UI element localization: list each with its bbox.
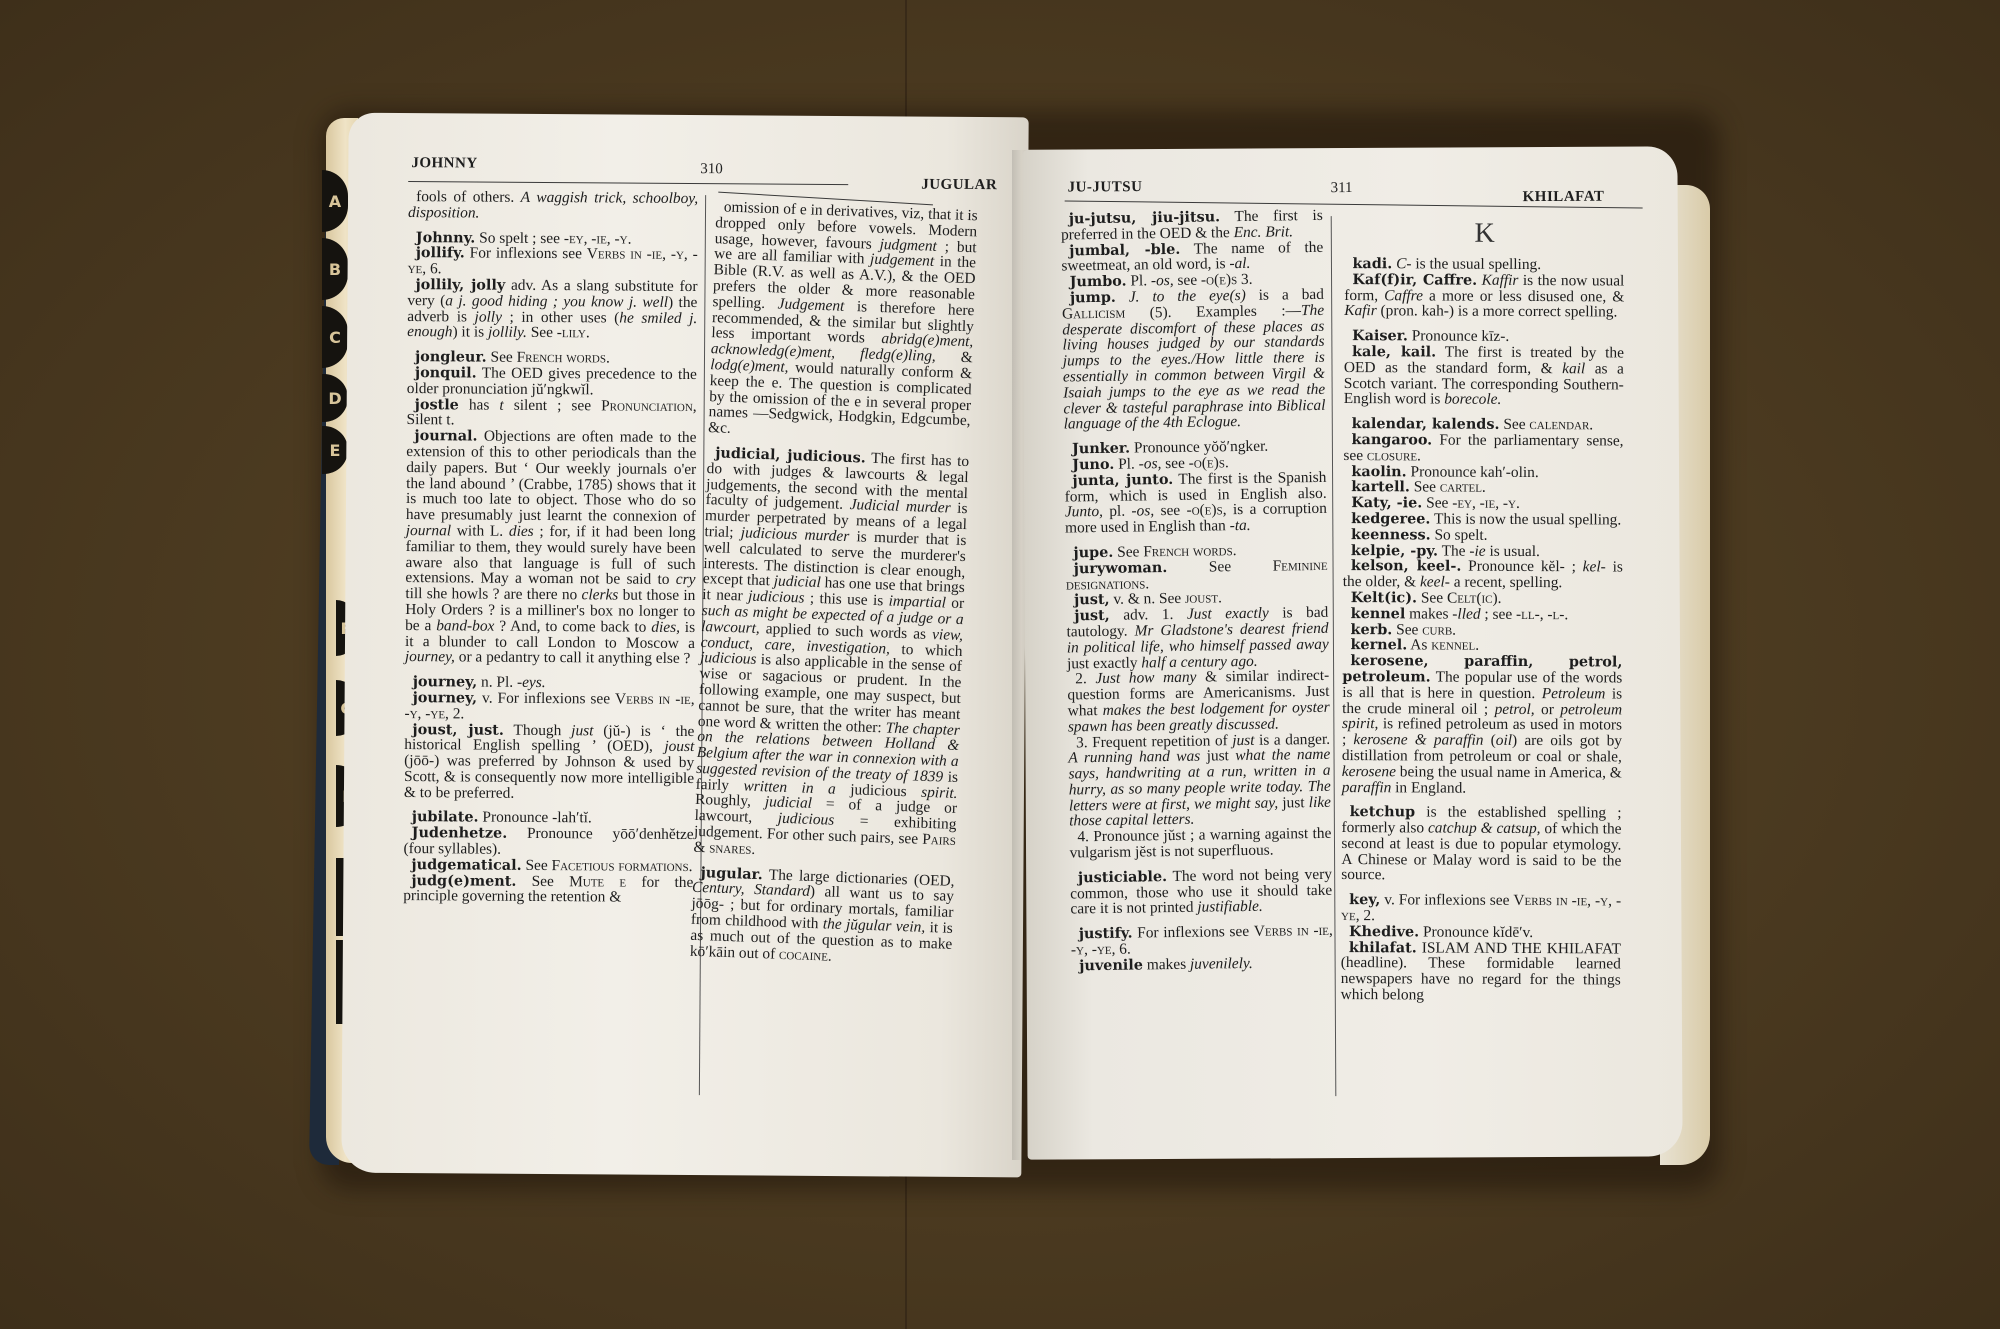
italic-text: petrol, [1495,700,1535,717]
italic-text: just [571,722,593,739]
headword: kale, kail. [1352,343,1436,360]
entry-text: Objections are often made to the extensi… [406,428,697,526]
dictionary-entry: key, v. For inflexions see Verbs in -ie,… [1341,892,1621,925]
headword: kaolin. [1351,463,1406,480]
left-page: JOHNNY 310 JUGULAR fools of others. A wa… [341,113,1028,1178]
dictionary-entry: journal. Objections are often made to th… [405,428,697,667]
italic-text: band-box [436,617,494,634]
entry-text: (pron. kah-) is a more correct spelling. [1377,303,1618,321]
headword: Khedive. [1349,923,1419,940]
dictionary-entry: 4. Pronounce jŭst ; a warning against th… [1069,826,1331,861]
entry-text: Silent t. [407,411,455,428]
thumb-tab-d[interactable]: D [322,374,348,422]
entry-text: see [1174,272,1202,289]
italic-text: -os, [1131,503,1154,520]
dictionary-entry: jonquil. The OED gives precedence to the… [407,365,697,399]
cross-reference: Mute e [569,873,626,890]
entry-text: ; see [1481,605,1517,622]
headword: kedgeree. [1351,510,1430,527]
entry-text: or a pedantry to call it anything else ? [455,649,691,668]
page-number-right: 311 [1331,180,1353,197]
cross-reference: cartel. [1440,479,1486,496]
header-rule [408,181,848,185]
dictionary-entry: jostle has t silent ; see Pronunciation,… [407,397,697,431]
italic-text: makes the best lodgement for oyster spaw… [1068,699,1330,735]
headword: journey, [413,689,478,706]
headword: jostle [415,396,459,413]
cross-reference: -ey, -ie, -y. [1452,495,1520,512]
dictionary-entry: junta, junto. The first is the Spanish f… [1064,470,1327,537]
headword: kelpie, -py. [1351,542,1438,559]
entry-text: Though [504,721,571,738]
dictionary-entry: jumbal, -ble. The name of the sweetmeat,… [1061,239,1323,274]
headword: ketchup [1350,803,1416,820]
entry-text: has [459,396,500,413]
italic-text: Caffre [1384,287,1423,304]
dictionary-entry: jollify. For inflexions see Verbs in -ie… [408,245,698,279]
headword: jollify. [416,245,465,262]
italic-text: jollily. [488,324,527,341]
thumb-tab-a[interactable]: A [322,170,348,232]
entry-text: makes [1405,605,1452,622]
italic-text: dies, [651,618,680,635]
italic-text: paraffin [1342,779,1392,796]
italic-text: clerks [582,586,619,603]
headword: khilafat. [1349,939,1417,956]
cross-reference: -ey, -ie, -y. [564,230,632,247]
entry-text: ( [1483,732,1495,749]
headword: kangaroo. [1351,431,1432,448]
dictionary-entry: Judenhetze. Pronounce yōō′denhĕtze (four… [404,825,694,859]
running-head-right: KHILAFAT [1523,189,1605,206]
entry-text: with L. [451,522,509,539]
entry-text: Pl. [1114,455,1139,472]
dictionary-entry: 2. Just how many & similar indirect-ques… [1067,668,1330,735]
headword: jubilate. [412,809,479,826]
entry-text: See [1422,495,1452,512]
italic-text: journal [406,522,451,539]
entry-text: see [1161,455,1189,472]
entry-text: See [527,324,557,341]
entry-text: 2. [1075,670,1095,687]
headword: kennel [1351,605,1406,622]
italic-text: borecole. [1444,391,1501,408]
italic-text: Petroleum [1542,685,1606,702]
italic-text: keel- [1420,574,1450,591]
cross-reference: Celt(ic). [1447,590,1502,607]
headword: juvenile [1079,956,1143,974]
thumb-tab-c[interactable]: C [322,306,348,368]
dictionary-entry: jugular. The large dictionaries (OED, Ce… [690,864,955,968]
entry-text: For inflexions see [1132,923,1253,942]
right-page: JU-JUTSU 311 KHILAFAT ju-jutsu, jiu-jits… [1022,146,1682,1159]
dictionary-entry: jump. J. to the eye(s) is a bad Gallicis… [1062,287,1326,433]
entry-text: is usual. [1486,542,1540,559]
italic-text: -al. [1229,255,1250,272]
entry-text: See [516,873,569,890]
italic-text: kerosene [1342,763,1396,780]
running-head-right: JUGULAR [921,177,997,195]
right-page-column-2: K kadi. C- is the usual spelling.Kaf(f)i… [1341,216,1625,1004]
section-letter: K [1345,216,1625,251]
left-page-column-2: omission of e in derivatives, viz, that … [690,199,978,968]
dictionary-entry: omission of e in derivatives, viz, that … [708,199,978,445]
right-page-column-1: ju-jutsu, jiu-jitsu. The first is prefer… [1061,208,1334,974]
headword: journal. [414,427,477,444]
entry-text: v. For inflexions see [1380,892,1513,910]
dictionary-entry: Kaf(f)ir, Caffre. Kaffir is the now usua… [1344,272,1624,321]
italic-text: dies [509,523,534,540]
cross-reference: -ll-, -l-. [1516,606,1568,623]
headword: jongleur. [415,348,487,366]
running-head-left: JOHNNY [411,155,477,172]
dictionary-entry: jollily, jolly adv. As a slang substitut… [407,277,697,342]
italic-text: -lled [1452,605,1480,622]
dictionary-entry: kerosene, paraffin, petrol, petroleum. T… [1342,653,1623,797]
italic-text: cry [676,571,696,588]
entry-text: 4. Pronounce jŭst ; a warning against th… [1070,825,1332,861]
dictionary-entry: journey, v. For inflexions see Verbs in … [404,690,694,724]
dictionary-entry: 3. Frequent repetition of just is a dang… [1068,731,1331,829]
entry-text: See [1113,543,1143,560]
italic-text: C- [1396,255,1411,272]
dictionary-entry: joust, just. Though just (jŭ-) is ‘ the … [404,722,695,803]
headword: Katy, -ie. [1351,494,1422,511]
headword: journey, [413,673,478,690]
entry-text: n. Pl. [477,674,517,691]
italic-text: just [1232,731,1254,748]
dictionary-entry: just, adv. 1. Just exactly is bad tautol… [1066,605,1329,672]
dictionary-entry: kangaroo. For the parliamentary sense, s… [1343,432,1623,465]
cross-reference: cocaine. [779,946,832,965]
dictionary-entry: judicial, judicious. The first has to do… [693,445,969,865]
entry-text: see [1154,502,1187,519]
dictionary-entry: jurywoman. See Feminine designations. [1066,558,1328,593]
dictionary-entry: khilafat. ISLAM AND THE KHILAFAT (headli… [1341,940,1621,1005]
entry-text: The [1438,542,1469,559]
entry-text: See [487,349,517,366]
cross-reference: calendar. [1529,416,1593,433]
dictionary-entry: juvenile makes juvenilely. [1071,955,1333,974]
entry-text: silent ; see [504,396,602,414]
headword: kadi. [1352,255,1392,272]
cross-reference: closure. [1367,447,1421,464]
entry-text: See [1499,416,1529,433]
headword: jonquil. [415,364,477,381]
dictionary-entry: ketchup is the established spelling ; fo… [1341,804,1621,884]
thumb-tab-e[interactable]: E [322,426,348,474]
entry-text: See [1392,621,1422,638]
cross-reference: Pronunciation, [601,397,697,415]
thumb-tab-b[interactable]: B [322,238,348,300]
headword: kartell. [1351,478,1410,495]
headword: keenness. [1351,526,1431,543]
italic-text: Kafir [1344,302,1377,319]
italic-text: Kaffir [1482,272,1519,289]
dictionary-entry: kelson, keel-. Pronounce kĕl- ; kel- is … [1343,558,1623,591]
cross-reference: kennel. [1431,637,1479,654]
entry-text: or [1535,701,1561,718]
entry-text: v. For inflexions see [477,689,615,707]
italic-text: joust [664,738,694,755]
cross-reference: -lily. [557,324,590,341]
headword: kerb. [1351,621,1393,638]
entry-text: For inflexions see [465,245,587,263]
entry-text: So spelt. [1431,526,1488,543]
dictionary-entry: justiciable. The word not being very com… [1070,867,1333,918]
dictionary-entry: ju-jutsu, jiu-jitsu. The first is prefer… [1061,208,1323,243]
italic-text: -ta. [1230,517,1251,534]
entry-text: just [1278,794,1309,811]
italic-text: juvenilely. [1190,955,1253,973]
cross-reference: curb. [1422,621,1456,638]
italic-text: -os, [1151,272,1174,289]
headword: key, [1349,891,1380,908]
italic-text: kel- [1583,559,1606,576]
headword: kernel. [1350,636,1407,653]
entry-text: Pl. [1126,272,1151,289]
italic-text: -eys. [517,674,546,691]
italic-text: justifiable. [1197,898,1263,916]
italic-text: -ie [1469,542,1485,559]
entry-text: As [1407,637,1431,654]
entry-text: ) it is [452,324,488,341]
entry-text: (jōō-) was preferred by Johnson & used b… [404,752,694,801]
left-page-column-1: fools of others. A waggish trick, school… [403,189,698,906]
entry-text: pl. [1103,503,1132,520]
italic-text: jolly [475,308,502,325]
page-number-left: 310 [700,161,723,178]
entry-text: in England. [1391,779,1466,796]
dictionary-entry: fools of others. A waggish trick, school… [408,189,698,223]
dictionary-entry: kale, kail. The first is treated by the … [1344,344,1624,409]
entry-text: See [1417,589,1447,606]
dictionary-entry: judg(e)ment. See Mute e for the principl… [403,873,693,907]
italic-text: -os, [1139,455,1162,472]
headword: Kelt(ic). [1351,589,1417,606]
entry-text: See [522,857,552,874]
headword: Johnny. [416,229,476,246]
entry-text: See [1167,557,1273,575]
headword: Kaiser. [1352,327,1408,344]
entry-text [1116,289,1129,306]
italic-text: kail [1562,360,1585,377]
entry-text: See [1410,479,1440,496]
running-head-left: JU-JUTSU [1068,179,1143,196]
italic-text: oil [1496,732,1512,749]
italic-text: The desperate discomfort of these places… [1062,302,1325,433]
italic-text: journey, [405,648,455,665]
entry-text: makes [1143,956,1190,974]
dictionary-entry: justify. For inflexions see Verbs in -ie… [1071,923,1333,958]
